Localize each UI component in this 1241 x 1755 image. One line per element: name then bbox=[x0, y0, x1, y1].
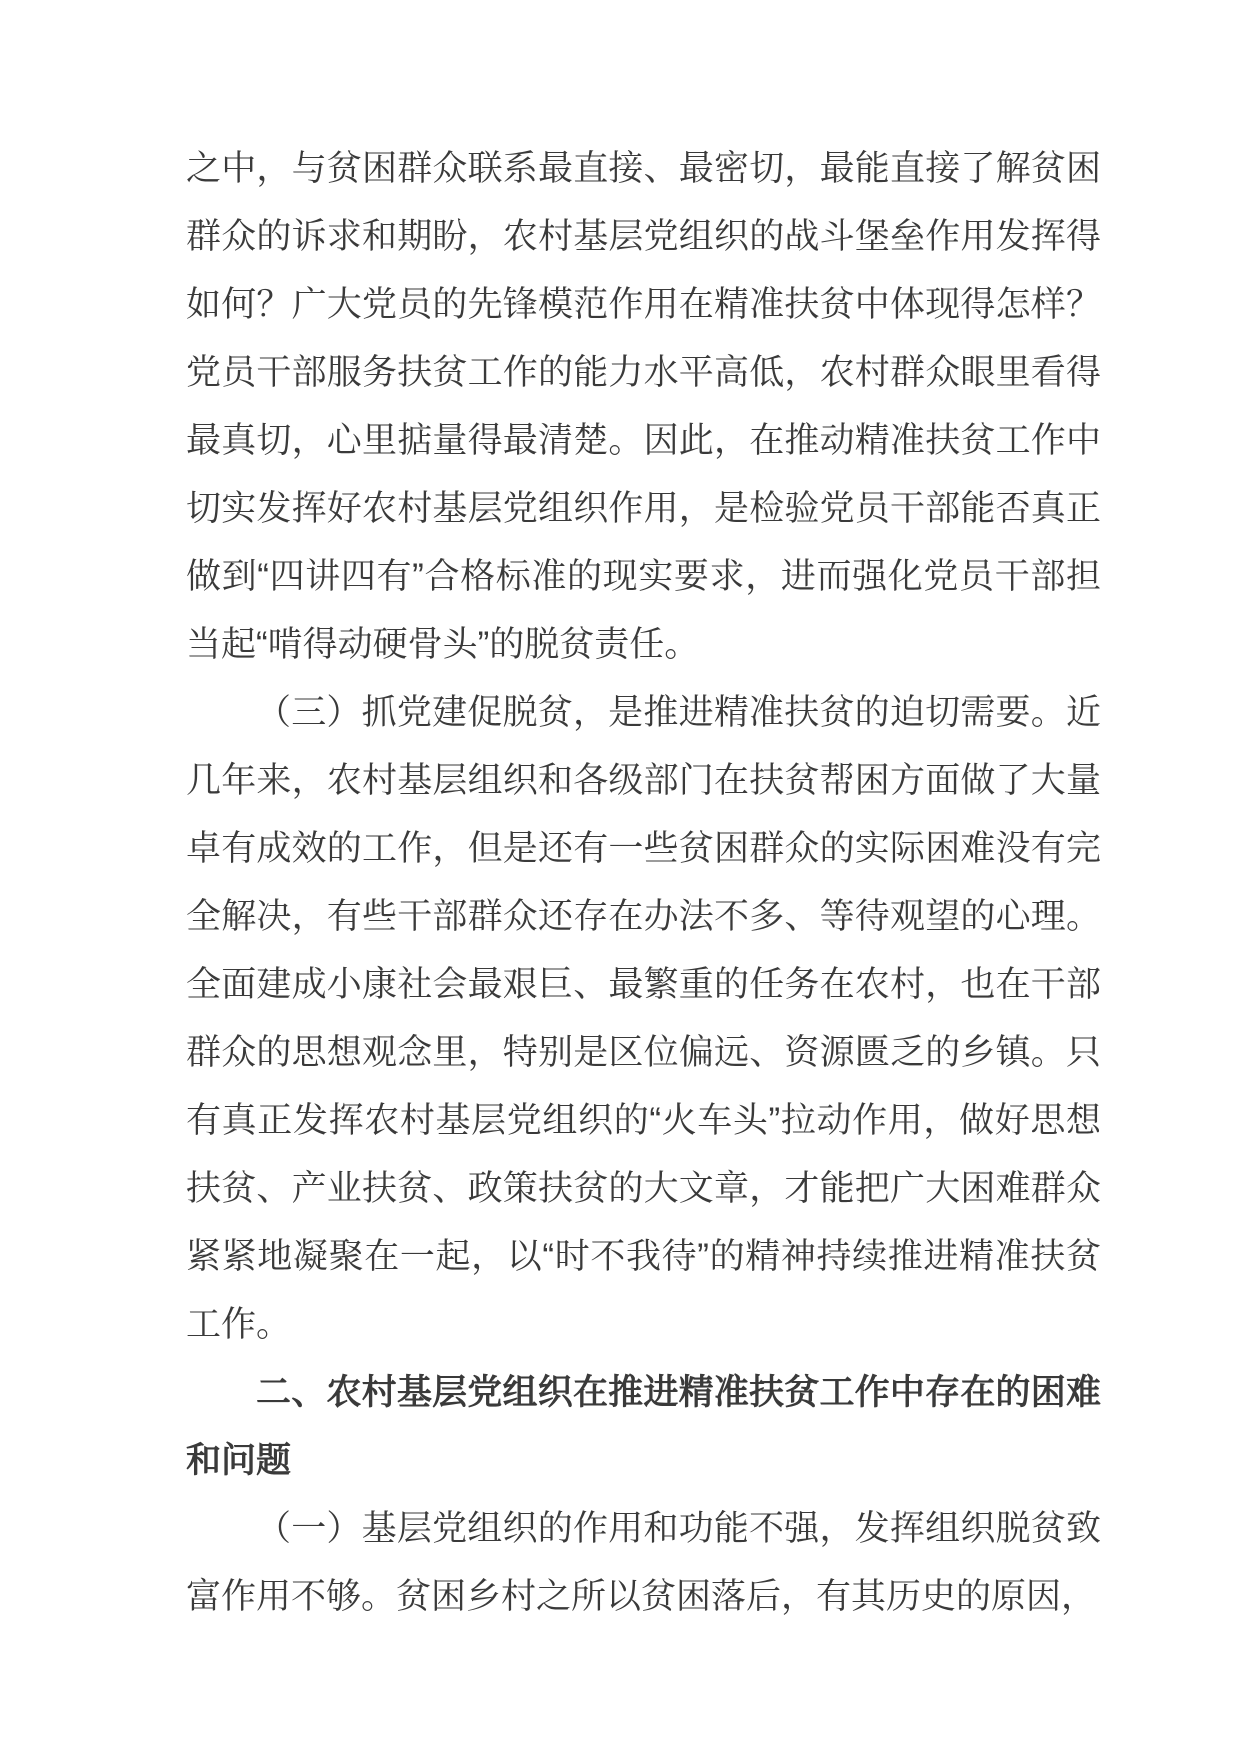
paragraph-section-three: （三）抓党建促脱贫，是推进精准扶贫的迫切需要。近几年来，农村基层组织和各级部门在… bbox=[186, 679, 1101, 1359]
paragraph-item-one: （一）基层党组织的作用和功能不强，发挥组织脱贫致富作用不够。贫困乡村之所以贫困落… bbox=[186, 1495, 1101, 1631]
section-heading-two: 二、农村基层党组织在推进精准扶贫工作中存在的困难和问题 bbox=[186, 1359, 1101, 1495]
document-text-block: 之中，与贫困群众联系最直接、最密切，最能直接了解贫困群众的诉求和期盼，农村基层党… bbox=[186, 135, 1101, 1631]
document-page: 之中，与贫困群众联系最直接、最密切，最能直接了解贫困群众的诉求和期盼，农村基层党… bbox=[0, 0, 1241, 1755]
paragraph-continuation: 之中，与贫困群众联系最直接、最密切，最能直接了解贫困群众的诉求和期盼，农村基层党… bbox=[186, 135, 1101, 679]
